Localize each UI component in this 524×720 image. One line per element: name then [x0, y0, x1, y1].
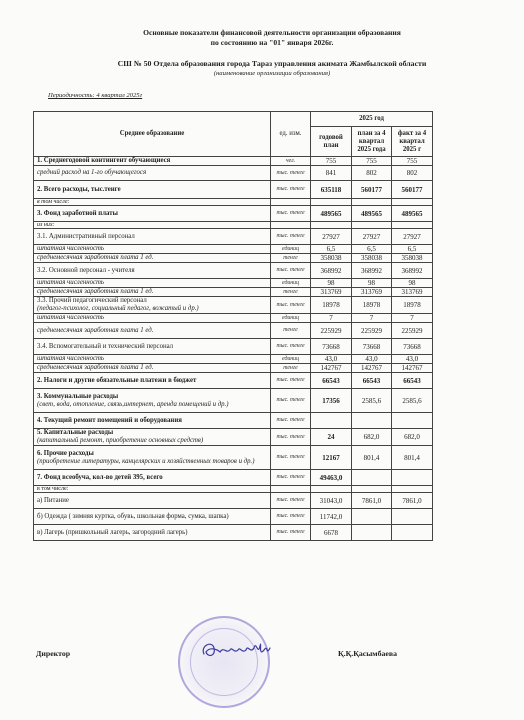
cell-annual-plan: 755 — [311, 157, 352, 166]
table-row: 5. Капитальные расходы(капитальный ремон… — [34, 429, 433, 446]
row-label: 3.3. Прочий педагогический персонал(педа… — [34, 297, 271, 314]
cell-annual-plan: 73668 — [311, 339, 352, 355]
table-row: 3.3. Прочий педагогический персонал(педа… — [34, 297, 433, 314]
row-unit — [271, 222, 311, 229]
table-row: 3. Коммунальные расходы(свет, вода, отоп… — [34, 389, 433, 413]
row-label-note: (педагог-психолог, социальный педагог, в… — [37, 305, 267, 313]
table-row: 4. Текущий ремонт помещений и оборудован… — [34, 413, 433, 429]
row-label-text: 7. Фонд всеобуча, кол-во детей 395, всег… — [37, 474, 163, 481]
row-label: 1. Среднегодовой контингент обучающиеся — [34, 157, 271, 166]
organization-note: (наименование организации образования) — [10, 69, 524, 79]
table-row: среднемесячная заработная плата 1 ед.тен… — [34, 364, 433, 373]
row-unit — [271, 199, 311, 206]
cell-q4-fact: 6,5 — [392, 245, 433, 254]
cell-annual-plan: 43,0 — [311, 355, 352, 364]
cell-annual-plan: 31043,0 — [311, 493, 352, 509]
row-label-text: штатная численность — [37, 245, 104, 252]
report-title: Основные показатели финансовой деятельно… — [10, 28, 524, 38]
row-label-text: 3. Фонд заработной платы — [37, 210, 118, 217]
row-unit: тыс. тенге — [271, 229, 311, 245]
cell-q4-plan: 225929 — [352, 323, 392, 339]
table-row: б) Одежда ( зимняя куртка, обувь, школьн… — [34, 509, 433, 525]
cell-annual-plan: 27927 — [311, 229, 352, 245]
row-label: штатная численность — [34, 355, 271, 364]
table-row: средний расход на 1-го обучающегосятыс. … — [34, 166, 433, 181]
row-label: 7. Фонд всеобуча, кол-во детей 395, всег… — [34, 470, 271, 486]
organization-name: СШ № 50 Отдела образования города Тараз … — [10, 59, 524, 69]
row-label-text: 5. Капитальные расходы — [37, 429, 113, 436]
cell-q4-plan: 7 — [352, 314, 392, 323]
row-label: б) Одежда ( зимняя куртка, обувь, школьн… — [34, 509, 271, 525]
row-label-text: в) Лагерь (пришкольный лагерь, загородни… — [37, 529, 187, 536]
row-label-text: средний расход на 1-го обучающегося — [37, 169, 146, 176]
cell-q4-fact: 682,0 — [392, 429, 433, 446]
report-date: по состоянию на "01" января 2026г. — [10, 38, 524, 48]
row-unit: единиц — [271, 314, 311, 323]
cell-q4-plan: 560177 — [352, 181, 392, 199]
row-label-text: среднемесячная заработная плата 1 ед. — [37, 327, 153, 334]
cell-q4-plan — [352, 509, 392, 525]
table-row: 6. Прочие расходы(приобретение литератур… — [34, 446, 433, 470]
cell-annual-plan: 98 — [311, 279, 352, 288]
cell-q4-fact — [392, 470, 433, 486]
table-row: 3.4. Вспомогательный и технический персо… — [34, 339, 433, 355]
row-unit: чел. — [271, 157, 311, 166]
row-unit: тыс. тенге — [271, 297, 311, 314]
row-label: 2. Всего расходы, тыс.тенге — [34, 181, 271, 199]
cell-q4-fact: 73668 — [392, 339, 433, 355]
row-label: 3.1. Административный персонал — [34, 229, 271, 245]
cell-q4-plan: 66543 — [352, 373, 392, 389]
table-row: 3. Фонд заработной платытыс. тенге489565… — [34, 206, 433, 222]
cell-annual-plan: 18978 — [311, 297, 352, 314]
row-label-text: 3. Коммунальные расходы — [37, 393, 118, 400]
row-label: 3.2. Основной персонал - учителя — [34, 263, 271, 279]
cell-annual-plan — [311, 413, 352, 429]
cell-q4-plan: 755 — [352, 157, 392, 166]
row-label-text: 6. Прочие расходы — [37, 450, 94, 457]
cell-q4-fact — [392, 509, 433, 525]
cell-q4-plan — [352, 470, 392, 486]
signature-icon — [198, 636, 278, 662]
cell-annual-plan: 49463,0 — [311, 470, 352, 486]
cell-q4-plan: 358038 — [352, 254, 392, 263]
row-unit: тыс. тенге — [271, 389, 311, 413]
cell-q4-fact: 7861,0 — [392, 493, 433, 509]
cell-q4-plan: 313769 — [352, 288, 392, 297]
cell-annual-plan: 368992 — [311, 263, 352, 279]
row-label-text: 4. Текущий ремонт помещений и оборудован… — [37, 417, 182, 424]
row-unit: тыс. тенге — [271, 493, 311, 509]
row-unit: тенге — [271, 323, 311, 339]
row-unit: единиц — [271, 245, 311, 254]
row-unit: тыс. тенге — [271, 446, 311, 470]
cell-q4-fact: 358038 — [392, 254, 433, 263]
cell-q4-fact — [392, 486, 433, 493]
cell-q4-fact — [392, 199, 433, 206]
row-unit: тыс. тенге — [271, 429, 311, 446]
table-row: штатная численностьединиц777 — [34, 314, 433, 323]
row-label-note: (приобретение литературы, канцелярских и… — [37, 458, 267, 466]
column-header-year: 2025 год — [311, 112, 433, 127]
cell-q4-plan: 7861,0 — [352, 493, 392, 509]
row-unit: тенге — [271, 364, 311, 373]
table-row: 7. Фонд всеобуча, кол-во детей 395, всег… — [34, 470, 433, 486]
table-row: в том числе: — [34, 199, 433, 206]
row-label-text: 2. Налоги и другие обязательные платежи … — [37, 377, 196, 384]
cell-q4-plan: 802 — [352, 166, 392, 181]
row-label-text: в том числе: — [37, 486, 68, 492]
row-unit: единиц — [271, 355, 311, 364]
row-unit: единиц — [271, 279, 311, 288]
table-row: 1. Среднегодовой контингент обучающиесяч… — [34, 157, 433, 166]
table-row: 2. Всего расходы, тыс.тенгетыс. тенге635… — [34, 181, 433, 199]
table-row: из них: — [34, 222, 433, 229]
row-label-text: среднемесячная заработная плата 1 ед. — [37, 364, 153, 371]
cell-q4-plan: 368992 — [352, 263, 392, 279]
cell-q4-fact: 66543 — [392, 373, 433, 389]
row-unit: тыс. тенге — [271, 413, 311, 429]
table-row: 2. Налоги и другие обязательные платежи … — [34, 373, 433, 389]
cell-q4-plan: 142767 — [352, 364, 392, 373]
row-label: из них: — [34, 222, 271, 229]
row-unit: тыс. тенге — [271, 263, 311, 279]
cell-annual-plan: 11742,0 — [311, 509, 352, 525]
column-header-annual-plan: годовой план — [311, 127, 352, 157]
row-unit: тыс. тенге — [271, 509, 311, 525]
row-label-note: (свет, вода, отопление, связь,интернет, … — [37, 401, 267, 409]
cell-annual-plan: 635118 — [311, 181, 352, 199]
table-row: среднемесячная заработная плата 1 ед.тен… — [34, 254, 433, 263]
table-row: среднемесячная заработная плата 1 ед.тен… — [34, 288, 433, 297]
cell-annual-plan: 489565 — [311, 206, 352, 222]
cell-q4-plan: 6,5 — [352, 245, 392, 254]
row-unit: тыс. тенге — [271, 470, 311, 486]
table-row: штатная численностьединиц989898 — [34, 279, 433, 288]
row-label: штатная численность — [34, 314, 271, 323]
cell-q4-fact: 27927 — [392, 229, 433, 245]
cell-q4-plan — [352, 525, 392, 541]
cell-annual-plan: 841 — [311, 166, 352, 181]
row-label: 3. Коммунальные расходы(свет, вода, отоп… — [34, 389, 271, 413]
cell-q4-fact: 7 — [392, 314, 433, 323]
cell-annual-plan: 6,5 — [311, 245, 352, 254]
row-unit: тыс. тенге — [271, 525, 311, 541]
row-label: средний расход на 1-го обучающегося — [34, 166, 271, 181]
cell-q4-fact: 801,4 — [392, 446, 433, 470]
cell-q4-plan: 43,0 — [352, 355, 392, 364]
row-label: 3. Фонд заработной платы — [34, 206, 271, 222]
row-unit: тыс. тенге — [271, 373, 311, 389]
cell-q4-plan: 2585,6 — [352, 389, 392, 413]
cell-q4-fact: 18978 — [392, 297, 433, 314]
cell-annual-plan: 66543 — [311, 373, 352, 389]
row-label: 2. Налоги и другие обязательные платежи … — [34, 373, 271, 389]
cell-q4-plan — [352, 222, 392, 229]
row-unit: тенге — [271, 254, 311, 263]
row-label: среднемесячная заработная плата 1 ед. — [34, 364, 271, 373]
table-row: в) Лагерь (пришкольный лагерь, загородни… — [34, 525, 433, 541]
row-label: среднемесячная заработная плата 1 ед. — [34, 254, 271, 263]
cell-annual-plan: 24 — [311, 429, 352, 446]
table-row: штатная численностьединиц43,043,043,0 — [34, 355, 433, 364]
cell-q4-fact — [392, 222, 433, 229]
column-header-unit: ед. изм. — [271, 112, 311, 157]
cell-q4-fact — [392, 413, 433, 429]
row-label: 6. Прочие расходы(приобретение литератур… — [34, 446, 271, 470]
row-label-text: б) Одежда ( зимняя куртка, обувь, школьн… — [37, 513, 229, 520]
cell-q4-plan: 489565 — [352, 206, 392, 222]
cell-annual-plan: 313769 — [311, 288, 352, 297]
row-label-text: из них: — [37, 222, 54, 228]
row-label-text: штатная численность — [37, 314, 104, 321]
row-label-text: а) Питание — [37, 497, 69, 504]
table-row: среднемесячная заработная плата 1 ед.тен… — [34, 323, 433, 339]
row-label-text: штатная численность — [37, 355, 104, 362]
cell-annual-plan: 7 — [311, 314, 352, 323]
cell-q4-fact: 225929 — [392, 323, 433, 339]
cell-annual-plan: 142767 — [311, 364, 352, 373]
cell-annual-plan: 12167 — [311, 446, 352, 470]
row-label-text: 3.3. Прочий педагогический персонал — [37, 297, 147, 304]
cell-annual-plan — [311, 486, 352, 493]
row-label: штатная численность — [34, 245, 271, 254]
periodicity: Периодичность: 4 квартал 2025г — [48, 92, 142, 99]
row-label-text: 3.2. Основной персонал - учителя — [37, 267, 135, 274]
row-label: штатная численность — [34, 279, 271, 288]
row-unit: тыс. тенге — [271, 206, 311, 222]
row-label-text: 2. Всего расходы, тыс.тенге — [37, 186, 121, 193]
row-label-text: в том числе: — [37, 199, 70, 205]
cell-q4-plan — [352, 486, 392, 493]
cell-q4-plan: 682,0 — [352, 429, 392, 446]
column-header-q4-fact: факт за 4 квартал 2025 г — [392, 127, 433, 157]
cell-annual-plan: 358038 — [311, 254, 352, 263]
row-label: в) Лагерь (пришкольный лагерь, загородни… — [34, 525, 271, 541]
column-header-category: Среднее образование — [34, 112, 271, 157]
cell-annual-plan: 17356 — [311, 389, 352, 413]
cell-q4-plan — [352, 199, 392, 206]
cell-q4-fact: 2585,6 — [392, 389, 433, 413]
cell-q4-fact: 802 — [392, 166, 433, 181]
row-unit: тенге — [271, 288, 311, 297]
row-unit — [271, 486, 311, 493]
signer-name: Қ.Қ.Қасымбаева — [338, 649, 397, 658]
row-label-text: среднемесячная заработная плата 1 ед. — [37, 254, 153, 261]
row-label: 4. Текущий ремонт помещений и оборудован… — [34, 413, 271, 429]
cell-q4-plan: 73668 — [352, 339, 392, 355]
cell-q4-fact: 43,0 — [392, 355, 433, 364]
row-label: в том числе: — [34, 486, 271, 493]
cell-q4-fact: 313769 — [392, 288, 433, 297]
cell-q4-fact: 368992 — [392, 263, 433, 279]
row-unit: тыс. тенге — [271, 181, 311, 199]
director-title: Директор — [36, 649, 70, 658]
table-row: штатная численностьединиц6,56,56,5 — [34, 245, 433, 254]
row-label: а) Питание — [34, 493, 271, 509]
cell-q4-fact — [392, 525, 433, 541]
row-label: в том числе: — [34, 199, 271, 206]
row-label-text: 3.4. Вспомогательный и технический персо… — [37, 343, 173, 350]
cell-q4-plan — [352, 413, 392, 429]
cell-q4-fact: 142767 — [392, 364, 433, 373]
row-label-text: штатная численность — [37, 279, 104, 286]
row-label-text: 3.1. Административный персонал — [37, 233, 135, 240]
row-label-text: 1. Среднегодовой контингент обучающиеся — [37, 157, 170, 164]
financial-indicators-table: Среднее образование ед. изм. 2025 год го… — [33, 111, 433, 541]
row-label-text: среднемесячная заработная плата 1 ед. — [37, 288, 153, 295]
row-label: среднемесячная заработная плата 1 ед. — [34, 323, 271, 339]
official-seal-stamp-icon — [178, 616, 270, 708]
column-header-q4-plan: план за 4 квартал 2025 года — [352, 127, 392, 157]
table-row: в том числе: — [34, 486, 433, 493]
cell-annual-plan: 6678 — [311, 525, 352, 541]
cell-q4-plan: 98 — [352, 279, 392, 288]
table-row: 3.1. Административный персоналтыс. тенге… — [34, 229, 433, 245]
row-label-note: (капитальный ремонт, приобретение основн… — [37, 437, 267, 445]
table-row: 3.2. Основной персонал - учителятыс. тен… — [34, 263, 433, 279]
row-label: 5. Капитальные расходы(капитальный ремон… — [34, 429, 271, 446]
cell-q4-plan: 801,4 — [352, 446, 392, 470]
table-row: а) Питаниетыс. тенге31043,07861,07861,0 — [34, 493, 433, 509]
row-label: 3.4. Вспомогательный и технический персо… — [34, 339, 271, 355]
cell-q4-fact: 489565 — [392, 206, 433, 222]
cell-q4-plan: 18978 — [352, 297, 392, 314]
row-unit: тыс. тенге — [271, 339, 311, 355]
cell-annual-plan — [311, 222, 352, 229]
cell-q4-plan: 27927 — [352, 229, 392, 245]
cell-annual-plan: 225929 — [311, 323, 352, 339]
cell-q4-fact: 98 — [392, 279, 433, 288]
cell-q4-fact: 560177 — [392, 181, 433, 199]
row-unit: тыс. тенге — [271, 166, 311, 181]
cell-q4-fact: 755 — [392, 157, 433, 166]
row-label: среднемесячная заработная плата 1 ед. — [34, 288, 271, 297]
cell-annual-plan — [311, 199, 352, 206]
